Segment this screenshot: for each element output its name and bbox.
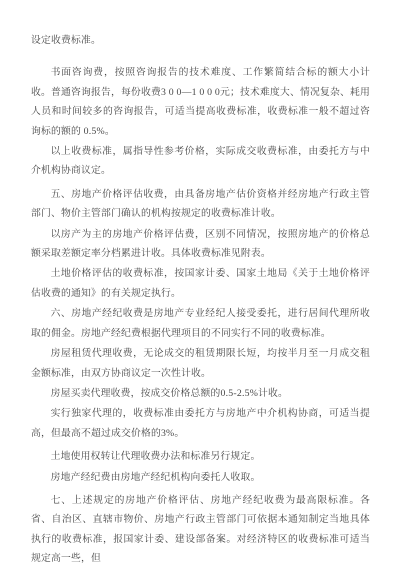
paragraph: 六、房地产经纪收费是房地产专业经纪人接受委托，进行居间代理所收取的佣金。房地产经…: [31, 304, 370, 343]
paragraph: 土地价格评估的收费标准，按国家计委、国家土地局《关于土地价格评估收费的通知》的有…: [31, 264, 370, 303]
document-page: 设定收费标准。 书面咨询费，按照咨询报告的技术难度、工作繁简结合标的额大小计收。…: [0, 0, 400, 580]
paragraph: 书面咨询费，按照咨询报告的技术难度、工作繁简结合标的额大小计收。普通咨询报告，每…: [31, 63, 370, 141]
paragraph: 以上收费标准，属指导性参考价格，实际成交收费标准，由委托方与中介机构协商议定。: [31, 142, 370, 181]
paragraph: 设定收费标准。: [31, 31, 370, 50]
paragraph: 七、上述规定的房地产价格评估、房地产经纪收费为最高限标准。各省、自治区、直辖市物…: [31, 491, 370, 569]
paragraph: 房屋租赁代理收费，无论成交的租赁期限长短，均按半月至一月成交租金额标准，由双方协…: [31, 344, 370, 383]
paragraph: 实行独家代理的，收费标准由委托方与房地产中介机构协商，可适当提高，但最高不超过成…: [31, 404, 370, 443]
paragraph: 五、房地产价格评估收费，由具备房地产估价资格并经房地产行政主管部门、物价主管部门…: [31, 185, 370, 224]
paragraph: 房地产经纪费由房地产经纪机构向委托人收取。: [31, 468, 370, 487]
paragraph: 土地使用权转让代理收费办法和标准另行规定。: [31, 447, 370, 466]
paragraph: 房屋买卖代理收费，按成交价格总额的0.5-2.5%计收。: [31, 384, 370, 403]
paragraph: 以房产为主的房地产价格评估费，区别不同情况，按照房地产的价格总额采取差额定率分档…: [31, 225, 370, 264]
